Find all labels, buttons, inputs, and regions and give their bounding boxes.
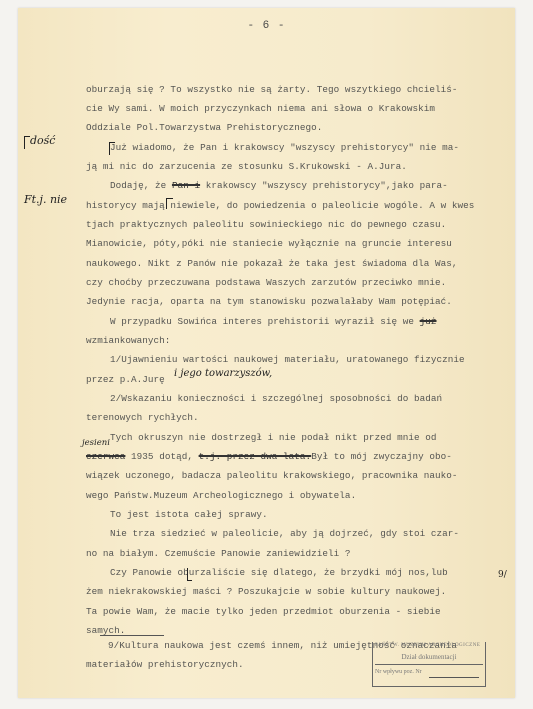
text-line: Oddziale Pol.Towarzystwa Prehistoryczneg… (86, 122, 322, 133)
stamp-divider (375, 664, 483, 665)
text-line: czerwca 1935 dotąd, t.j. przez dwa lata.… (86, 451, 452, 462)
text-line: cie Wy sami. W moich przyczynkach niema … (86, 103, 435, 114)
text-line: Ta powie Wam, że macie tylko jeden przed… (86, 606, 441, 617)
margin-note: dość (30, 134, 55, 147)
text-line: żem niekrakowskiej maści ? Poszukajcie w… (86, 586, 446, 597)
text-line: 1/Ujawnieniu wartości naukowej materiału… (110, 354, 465, 365)
stamp-entry-label: Nr wpływu poz. Nr (375, 669, 422, 675)
text-line: naukowego. Nikt z Panów nie pokazał że t… (86, 258, 458, 269)
text-line: historycy mają niewiele, do powiedzenia … (86, 200, 474, 211)
struck-text: Pan i (172, 180, 200, 191)
page-number: - 6 - (18, 20, 515, 32)
text-line: 2/Wskazaniu konieczności i szczególnej s… (110, 393, 442, 404)
handwritten-insert: jesieni (82, 438, 110, 448)
text-line: no na białym. Czemuście Panowie zaniewid… (86, 548, 351, 559)
text-line: W przypadku Sowińca interes prehistorii … (110, 316, 437, 327)
text-line: ją mi nic do zarzucenia ze stosunku S.Kr… (86, 161, 407, 172)
footnote-text: materiałów prehistorycznych. (86, 659, 244, 670)
text-line: Już wiadomo, że Pan i krakowscy "wszyscy… (110, 142, 459, 153)
text-line: terenowych rychłych. (86, 412, 199, 423)
struck-text: t.j. przez dwa lata. (199, 451, 312, 462)
stamp-department: Dział dokumentacji (373, 653, 485, 661)
text-line: To jest istota całej sprawy. (110, 509, 268, 520)
struck-text: czerwca (86, 451, 125, 462)
insertion-bracket (187, 568, 192, 581)
text-line: Nie trza siedzieć w paleolicie, aby ją d… (110, 528, 459, 539)
text-fragment: 1935 dotąd, (131, 451, 193, 462)
text-fragment: krakowscy "wszyscy prehistorycy",jako pa… (206, 180, 448, 191)
document-page: - 6 - oburzają się ? To wszystko nie są … (18, 8, 515, 698)
stamp-entry-line (429, 677, 479, 678)
handwritten-insert: i jego towarzyszów, (174, 368, 272, 379)
text-line: Jedynie racja, oparta na tym stanowisku … (86, 296, 452, 307)
text-fragment: Dodaję, że (110, 180, 166, 191)
text-fragment: Był to mój zwyczajny obo- (311, 451, 452, 462)
text-fragment: W przypadku Sowińca interes prehistorii … (110, 316, 408, 327)
text-line: Czy Panowie oburzaliście się dlatego, że… (110, 567, 448, 578)
text-line: przez p.A.Jurę (86, 374, 165, 385)
margin-note: Ft.j. nie (24, 193, 67, 206)
insertion-bracket (109, 142, 115, 155)
struck-text: już (420, 316, 437, 327)
archive-stamp: PAŃSTW. MUZEUM ARCHEOLOGICZNE Dział doku… (372, 642, 486, 687)
text-line: Tych okruszyn nie dostrzegł i nie podał … (110, 432, 436, 443)
text-line: oburzają się ? To wszystko nie są żarty.… (86, 84, 458, 95)
text-line: wiązek uczonego, badacza paleolitu krako… (86, 470, 458, 481)
text-line: czy choćby przeczuwana podstawa Waszych … (86, 277, 446, 288)
insertion-bracket (166, 198, 173, 209)
text-line: tjach praktycznych paleolitu sowinieckie… (86, 219, 446, 230)
text-line: Mianowicie, póty,póki nie staniecie wyłą… (86, 238, 452, 249)
stamp-institution: PAŃSTW. MUZEUM ARCHEOLOGICZNE (375, 643, 480, 648)
text-fragment: e (408, 316, 414, 327)
text-line: Dodaję, że Pan i krakowscy "wszyscy preh… (110, 180, 448, 191)
footnote-marker: 9/ (498, 570, 507, 580)
footnote-rule (100, 635, 164, 636)
text-line: wzmiankowanych: (86, 335, 170, 346)
text-line: wego Państw.Muzeum Archeologicznego i ob… (86, 490, 356, 501)
